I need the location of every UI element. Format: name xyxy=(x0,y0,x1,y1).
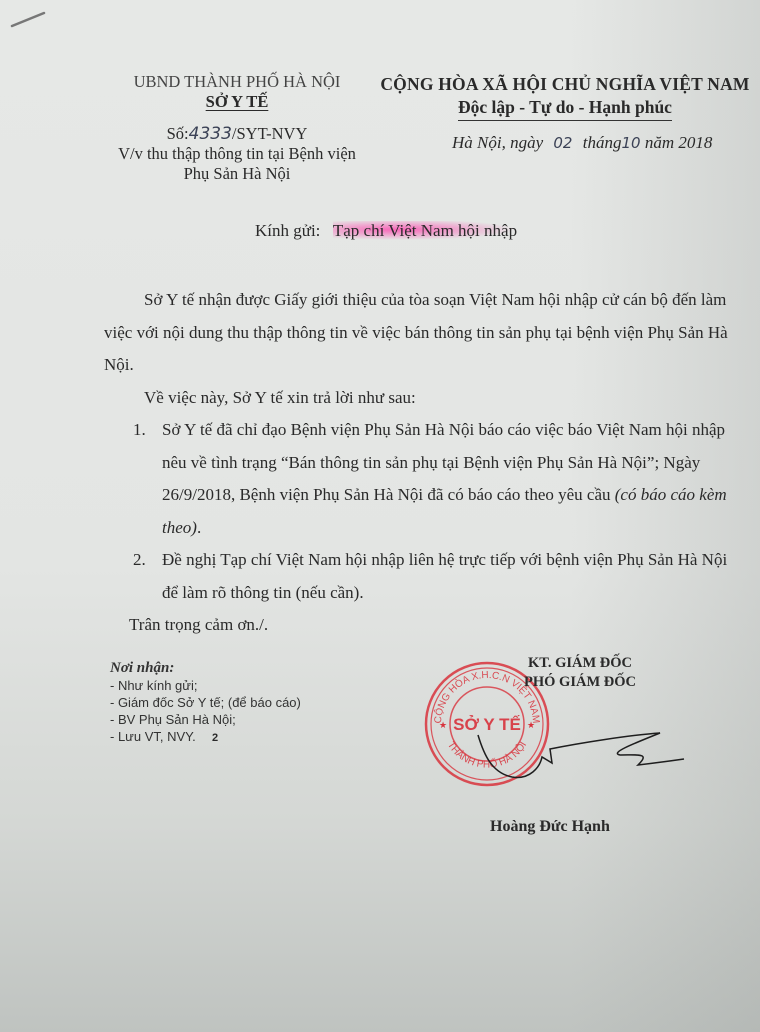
date-year: năm 2018 xyxy=(645,133,713,152)
letter-body: Sở Y tế nhận được Giấy giới thiệu của tò… xyxy=(104,284,744,642)
pen-mark xyxy=(10,10,46,28)
recipient-item: - BV Phụ Sản Hà Nội; xyxy=(110,711,301,728)
document-reference: Số:4333/SYT-NVY xyxy=(92,124,382,144)
body-paragraph-2: Về việc này, Sở Y tế xin trả lời như sau… xyxy=(104,382,744,415)
date-day: 02 xyxy=(553,134,572,152)
ref-suffix: /SYT-NVY xyxy=(232,124,307,143)
recipients-title: Nơi nhận: xyxy=(110,660,301,677)
subject-line-1: V/v thu thập thông tin tại Bệnh viện xyxy=(92,144,382,164)
salutation-label: Kính gửi: xyxy=(255,221,320,240)
date-prefix: Hà Nội, ngày xyxy=(452,133,543,152)
list-end: . xyxy=(197,518,201,537)
document-date: Hà Nội, ngày 02 tháng10 năm 2018 xyxy=(452,133,712,153)
salutation: Kính gửi: Tạp chí Việt Nam hội nhập xyxy=(255,221,517,241)
recipient-item: - Lưu VT, NVY. xyxy=(110,728,301,745)
svg-text:★: ★ xyxy=(439,720,447,730)
page-number: 2 xyxy=(212,732,218,744)
signatory-title: KT. GIÁM ĐỐC PHÓ GIÁM ĐỐC xyxy=(480,654,680,692)
list-text: Đề nghị Tạp chí Việt Nam hội nhập liên h… xyxy=(162,550,727,602)
issuer-organization: UBND THÀNH PHỐ HÀ NỘI xyxy=(92,72,382,92)
signatory-title-line-1: KT. GIÁM ĐỐC xyxy=(480,654,680,673)
issuer-department: SỞ Y TẾ xyxy=(92,92,382,112)
list-item: 2.Đề nghị Tạp chí Việt Nam hội nhập liên… xyxy=(133,544,744,609)
response-list: 1.Sở Y tế đã chỉ đạo Bệnh viện Phụ Sản H… xyxy=(104,414,744,609)
date-month: 10 xyxy=(621,134,640,152)
salutation-recipient: Tạp chí Việt Nam hội nhập xyxy=(333,221,517,240)
ref-prefix: Số: xyxy=(167,124,189,143)
recipient-item: - Như kính gửi; xyxy=(110,677,301,694)
recipient-item: - Giám đốc Sở Y tế; (để báo cáo) xyxy=(110,694,301,711)
ref-number-handwritten: 4333 xyxy=(189,124,232,144)
national-motto: Độc lập - Tự do - Hạnh phúc xyxy=(458,97,672,121)
subject-line-2: Phụ Sản Hà Nội xyxy=(92,164,382,184)
nation-title: CỘNG HÒA XÃ HỘI CHỦ NGHĨA VIỆT NAM xyxy=(370,74,760,95)
list-item: 1.Sở Y tế đã chỉ đạo Bệnh viện Phụ Sản H… xyxy=(133,414,744,544)
date-month-label: tháng xyxy=(583,133,622,152)
list-number: 2. xyxy=(133,544,146,577)
signatory-name: Hoàng Đức Hạnh xyxy=(490,818,610,836)
issuer-header: UBND THÀNH PHỐ HÀ NỘI SỞ Y TẾ Số:4333/SY… xyxy=(92,72,382,184)
signatory-title-line-2: PHÓ GIÁM ĐỐC xyxy=(480,673,680,692)
body-paragraph-1: Sở Y tế nhận được Giấy giới thiệu của tò… xyxy=(104,284,744,382)
recipients-block: Nơi nhận: - Như kính gửi; - Giám đốc Sở … xyxy=(110,660,301,745)
handwritten-signature xyxy=(470,725,690,785)
closing-line: Trân trọng cảm ơn./. xyxy=(129,609,744,642)
list-number: 1. xyxy=(133,414,146,447)
national-header: CỘNG HÒA XÃ HỘI CHỦ NGHĨA VIỆT NAM Độc l… xyxy=(370,74,760,121)
